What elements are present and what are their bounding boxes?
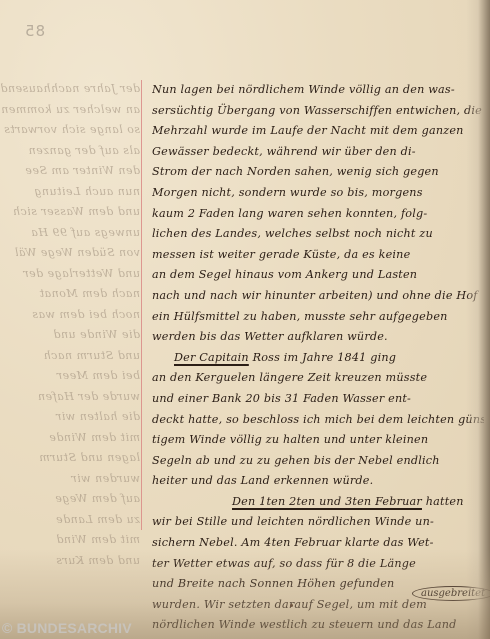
handwritten-line: ein Hülfsmittel zu haben, musste sehr au… <box>152 307 484 328</box>
bleed-line: auf dem Wege <box>0 492 140 513</box>
bleed-line: wurden wir <box>0 472 140 493</box>
handwritten-line: werden bis das Wetter aufklaren würde. <box>152 327 484 348</box>
handwritten-line: lichen des Landes, welches selbst noch n… <box>152 224 484 245</box>
handwritten-line: Mehrzahl wurde im Laufe der Nacht mit de… <box>152 121 484 142</box>
handwritten-line: an dem Segel hinaus vom Ankerg und Laste… <box>152 265 484 286</box>
bleed-line: an welcher zu kommen <box>0 103 140 124</box>
bleed-line: und Sturm nach <box>0 349 140 370</box>
bleed-line: bei dem Meer <box>0 369 140 390</box>
handwritten-line: messen ist weiter gerade Küste, da es ke… <box>152 245 484 266</box>
bleed-line: und dem Wasser sich <box>0 205 140 226</box>
handwritten-line: Morgen nicht, sondern wurde so bis, morg… <box>152 183 484 204</box>
handwritten-line: nördlichen Winde westlich zu steuern und… <box>152 615 484 636</box>
handwritten-line: und einer Bank 20 bis 31 Faden Wasser en… <box>152 389 484 410</box>
margin-rule <box>141 80 142 530</box>
bleed-line: zu dem Lande <box>0 513 140 534</box>
underlined-heading: Den 1ten 2ten und 3ten Februar <box>232 495 422 508</box>
handwritten-line: Segeln ab und zu zu gehen bis der Nebel … <box>152 451 484 472</box>
bleed-line: und dem Kurs <box>0 554 140 575</box>
handwritten-line: tigem Winde völlig zu halten und unter k… <box>152 430 484 451</box>
ink-spot <box>290 604 293 607</box>
underlined-heading: Der Capitain <box>174 351 249 364</box>
bleed-line: mit dem Winde <box>0 431 140 452</box>
bleed-line: lagen und Sturm <box>0 451 140 472</box>
bleed-line: nach dem Monat <box>0 287 140 308</box>
bleed-line: als auf der ganzen <box>0 144 140 165</box>
handwritten-line: sersüchtig Übergang von Wasserschiffen e… <box>152 101 484 122</box>
document-page: 85 der Jahre nachhausendan welcher zu ko… <box>0 0 490 639</box>
bleed-line: von Süden Wege Wäl <box>0 246 140 267</box>
bleed-line: nun auch Leitung <box>0 185 140 206</box>
line-remainder: Ross im Jahre 1841 ging <box>249 351 396 364</box>
bleed-line: so lange sich vorwarts <box>0 123 140 144</box>
bleed-line: wurde der Hafen <box>0 390 140 411</box>
bleed-line: die halten wir <box>0 410 140 431</box>
bleed-line: der Jahre nachhausend <box>0 82 140 103</box>
line-remainder: hatten <box>422 495 464 508</box>
handwritten-line: wir bei Stille und leichten nördlichen W… <box>152 512 484 533</box>
bleed-line: den Winter am See <box>0 164 140 185</box>
page-edge-shadow <box>466 0 490 639</box>
handwritten-line: nach und nach wir hinunter arbeiten) und… <box>152 286 484 307</box>
handwritten-line: deckt hatte, so beschloss ich mich bei d… <box>152 410 484 431</box>
handwritten-line: Der Capitain Ross im Jahre 1841 ging <box>152 348 484 369</box>
handwritten-line: heiter und das Land erkennen würde. <box>152 471 484 492</box>
archive-watermark: © BUNDESARCHIV <box>2 620 132 636</box>
page-number: 85 <box>24 22 45 40</box>
bleed-line: die Winde und <box>0 328 140 349</box>
handwritten-line: kaum 2 Faden lang waren sehen konnten, f… <box>152 204 484 225</box>
bleed-line: unwegs auf 99 Ha <box>0 226 140 247</box>
bleed-line: mit dem Wind <box>0 533 140 554</box>
handwritten-line: Nun lagen bei nördlichem Winde völlig an… <box>152 80 484 101</box>
handwritten-line: Strom der nach Norden sahen, wenig sich … <box>152 162 484 183</box>
bleed-line: und Wetterlage der <box>0 267 140 288</box>
bleed-through-text: der Jahre nachhausendan welcher zu komme… <box>0 82 140 574</box>
handwritten-line: an den Kerguelen längere Zeit kreuzen mü… <box>152 368 484 389</box>
handwritten-line: ter Wetter etwas auf, so dass für 8 die … <box>152 554 484 575</box>
handwritten-text-block: Nun lagen bei nördlichem Winde völlig an… <box>152 80 484 636</box>
handwritten-line: Gewässer bedeckt, während wir über den d… <box>152 142 484 163</box>
handwritten-line: sichern Nebel. Am 4ten Februar klarte da… <box>152 533 484 554</box>
bleed-line: noch bei dem was <box>0 308 140 329</box>
handwritten-line: Den 1ten 2ten und 3ten Februar hatten <box>152 492 484 513</box>
